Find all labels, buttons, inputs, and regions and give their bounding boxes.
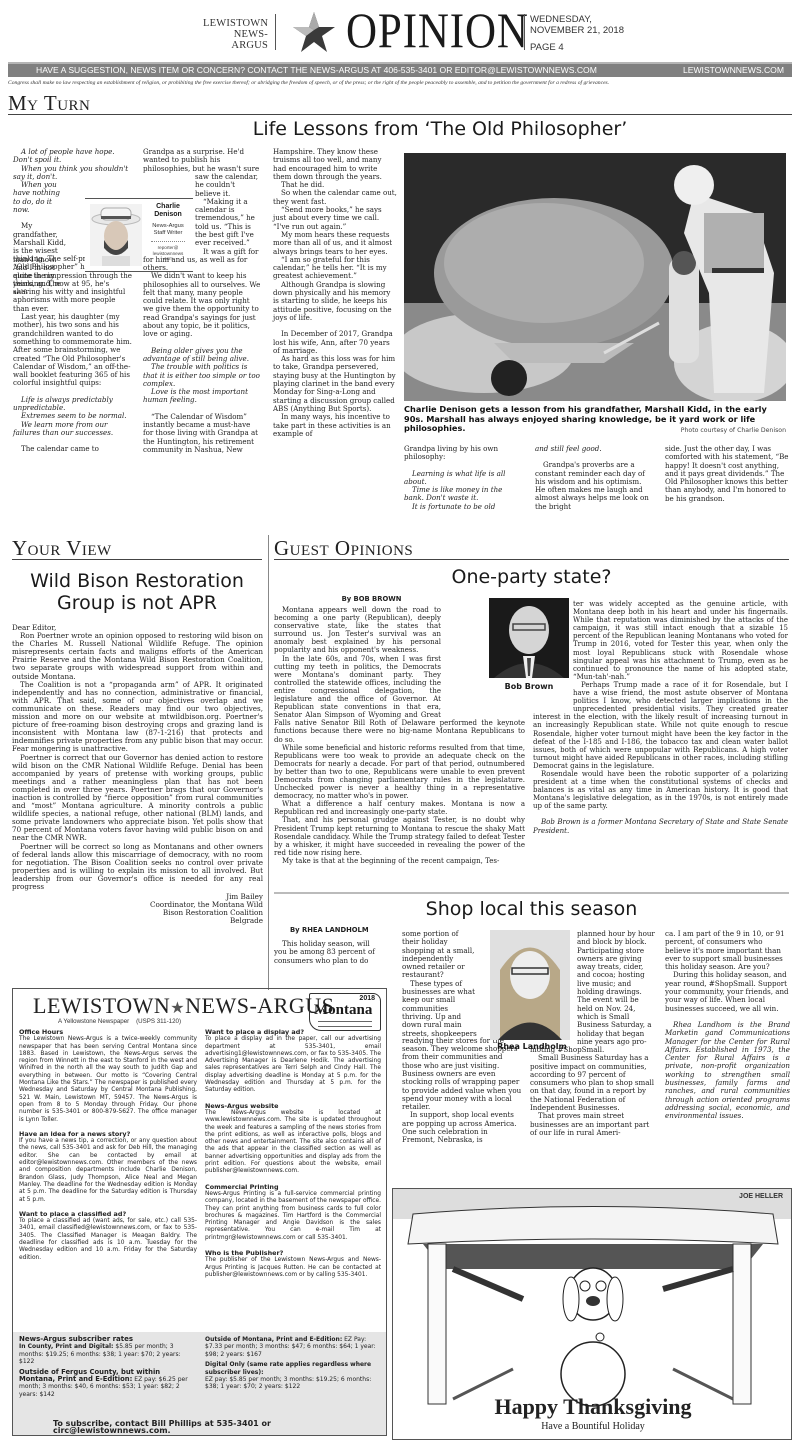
subscribe-contact[interactable]: To subscribe, contact Bill Phillips at 5… (53, 1420, 386, 1435)
column-divider (268, 535, 269, 990)
quote: When you think you shouldn't say it, don… (13, 165, 133, 182)
paragraph: Poertner will be correct so long as Mont… (12, 843, 263, 892)
day: WEDNESDAY, (530, 14, 624, 25)
paragraph: In many ways, his incentive to take part… (273, 413, 397, 438)
paragraph: “Making it a calendar is tremendous,” he… (195, 198, 261, 248)
paragraph: What a difference a half century makes. … (274, 800, 525, 816)
info-right-column: Want to place a display ad? To place a d… (205, 1029, 381, 1279)
contact-message: HAVE A SUGGESTION, NEWS ITEM OR CONCERN?… (36, 64, 597, 77)
paragraph: The Coalition is not a “propaganda arm” … (12, 681, 263, 754)
section-guest-opinions: Guest Opinions (274, 537, 789, 560)
paper-name-line1: LEWISTOWN (203, 18, 268, 29)
cartoonist-signature: JOE HELLER (739, 1193, 783, 1200)
paragraph: “I am so grateful for this calendar,” he… (273, 256, 397, 281)
article-column: Hampshire. They know these truisms all t… (273, 148, 397, 438)
quote: Learning is what life is all about. (404, 470, 522, 487)
info-left-column: Office Hours The Lewistown News-Argus is… (19, 1029, 197, 1262)
headline: Life Lessons from ‘The Old Philosopher’ (8, 118, 792, 140)
guest-headline-2: Shop local this season (274, 898, 789, 920)
cartoon-subtitle: Have a Bountiful Holiday (393, 1421, 792, 1432)
article-column-cont: thinking. The self-proclaimed “Old Philo… (13, 255, 133, 454)
info-tagline: A Yellowstone Newspaper (USPS 311-120) (58, 1018, 181, 1025)
date: NOVEMBER 21, 2018 (530, 25, 624, 36)
website-link[interactable]: LEWISTOWNNEWS.COM (683, 64, 784, 77)
shop-col4: ca. I am part of the 9 in 10, or 91 perc… (665, 930, 790, 1121)
rates-left: News-Argus subscriber rates In County, P… (19, 1336, 197, 1398)
author-photo (90, 204, 142, 266)
paragraph: During this holiday season, and year rou… (665, 971, 790, 1012)
paragraph: “The Calendar of Wisdom” instantly becam… (143, 413, 261, 454)
guest-article-right: ter was widely accepted as the genuine a… (533, 600, 788, 835)
quote: Being older gives you the advantage of s… (143, 347, 261, 364)
rates-right: Outside of Montana, Print and E-Edition:… (205, 1336, 381, 1391)
masthead-divider (524, 14, 525, 50)
cartoon-title: Happy Thanksgiving (393, 1394, 792, 1420)
byline: By BOB BROWN (274, 595, 469, 603)
masthead-divider (275, 14, 276, 50)
paragraph: We didn't want to keep his philosophies … (143, 272, 261, 338)
quote: and still feel good. (535, 445, 653, 453)
quote: Time is like money in the bank. Don't wa… (404, 486, 522, 503)
paragraph: “Send more books,” he says just about ev… (273, 206, 397, 231)
paragraph: My take is that at the beginning of the … (274, 857, 525, 865)
quote: Life is always predictably unpredictable… (13, 396, 133, 413)
paragraph: That proves main street businesses are a… (530, 1112, 655, 1137)
author-tagline: Bob Brown is a former Montana Secretary … (533, 818, 788, 834)
paragraph: Hampshire. They know these truisms all t… (273, 148, 397, 181)
article-column: and still feel good. Grandpa's proverbs … (535, 445, 653, 511)
shop-col1: This holiday season, will you be among 8… (274, 940, 384, 965)
paragraph: saw the calendar, he couldn't believe it… (195, 173, 261, 198)
info-logo: LEWISTOWN★NEWS-ARGUS (33, 993, 334, 1019)
paragraph: Grandpa's proverbs are a constant remind… (535, 461, 653, 511)
paragraph: planned hour by hour and block by block.… (577, 930, 655, 1046)
montana-badge: 2018 Montana (309, 993, 381, 1031)
article-column: Grandpa living by his own philosophy: Le… (404, 445, 522, 511)
article-column: Grandpa as a surprise. He'd wanted to pu… (143, 148, 261, 454)
paragraph: These types of businesses are what keep … (402, 980, 477, 1037)
paragraph: Ron Poertner wrote an opinion opposed to… (12, 632, 263, 681)
paragraph: So when the calendar came out, they went… (273, 189, 397, 206)
letter-body: Dear Editor, Ron Poertner wrote an opini… (12, 624, 263, 925)
paragraph: While some beneficial and historic refor… (274, 744, 525, 801)
paragraph: This holiday season, will you be among 8… (274, 940, 384, 965)
quote: A lot of people have hope. Don't spoil i… (13, 148, 133, 165)
photo-credit: Photo courtesy of Charlie Denison (600, 427, 786, 434)
letter-headline: Wild Bison RestorationGroup is not APR (12, 570, 262, 614)
page-number: PAGE 4 (530, 42, 624, 53)
quote: It is fortunate to be old (404, 503, 522, 511)
paragraph: Last year, his daughter (my mother), his… (13, 313, 133, 388)
author-tagline: Rhea Landhom is the Brand Marketin gand … (665, 1021, 790, 1121)
quote: We learn more from our failures than our… (13, 421, 133, 438)
section-title: OPINION (346, 2, 529, 58)
masthead: LEWISTOWN NEWS-ARGUS OPINION WEDNESDAY, … (0, 0, 800, 62)
signature: Jim Bailey Coordinator, the Montana Wild… (12, 893, 263, 925)
star-icon (292, 10, 336, 54)
newspaper-info-box: LEWISTOWN★NEWS-ARGUS A Yellowstone Newsp… (12, 988, 387, 1436)
quote: Love is the most important human feeling… (143, 388, 261, 405)
article-divider (274, 892, 789, 894)
paragraph: In December of 2017, Grandpa lost his wi… (273, 330, 397, 355)
paragraph: In support, shop local events are poppin… (402, 1111, 522, 1144)
section-your-view: Your View (12, 537, 262, 560)
paper-name: LEWISTOWN NEWS-ARGUS (203, 18, 268, 51)
dateline: WEDNESDAY, NOVEMBER 21, 2018 PAGE 4 (530, 14, 624, 53)
byline: By RHEA LANDHOLM (290, 926, 369, 934)
paragraph: some portion of their holiday shopping a… (402, 930, 477, 980)
paragraph: Although Grandpa is slowing down physica… (273, 281, 397, 322)
section-my-turn: My Turn (8, 92, 792, 115)
guest-article-left: Montana appears well down the road to be… (274, 606, 525, 865)
first-amendment: Congress shall make no law respecting an… (8, 80, 792, 86)
paragraph: Rosendale would have been the robotic su… (533, 770, 788, 810)
paragraph: Grandpa as a surprise. He'd wanted to pu… (143, 148, 261, 173)
paragraph: Poertner is correct that our Governor ha… (12, 754, 263, 843)
paragraph: The calendar came to (13, 445, 133, 453)
paragraph: side. Just the other day, I was comforte… (665, 445, 790, 503)
quote: The trouble with politics is that it is … (143, 363, 261, 388)
thanksgiving-cartoon: Happy Thanksgiving Have a Bountiful Holi… (392, 1188, 792, 1440)
quote: When you have nothing to do, do it now. (13, 181, 68, 214)
paragraph: That, and his personal grudge against Te… (274, 816, 525, 856)
paragraph: My mom hears these requests more than al… (273, 231, 397, 256)
paragraph: ca. I am part of the 9 in 10, or 91 perc… (665, 930, 790, 971)
paper-name-line2: NEWS-ARGUS (203, 29, 268, 51)
paragraph: Grandpa living by his own philosophy: (404, 445, 522, 462)
paragraph: As hard as this loss was for him to take… (273, 355, 397, 413)
subscriber-rates: News-Argus subscriber rates In County, P… (13, 1332, 386, 1435)
shop-col3: planned hour by hour and block by block.… (530, 930, 655, 1137)
paragraph: for him and us, as well as for others. (143, 256, 261, 273)
article-column: side. Just the other day, I was comforte… (665, 445, 790, 503)
contact-bar: HAVE A SUGGESTION, NEWS ITEM OR CONCERN?… (8, 62, 792, 77)
guest-headline-1: One-party state? (274, 566, 789, 588)
paragraph: Small Business Saturday has a positive i… (530, 1054, 655, 1112)
grandfather-photo (404, 153, 786, 401)
